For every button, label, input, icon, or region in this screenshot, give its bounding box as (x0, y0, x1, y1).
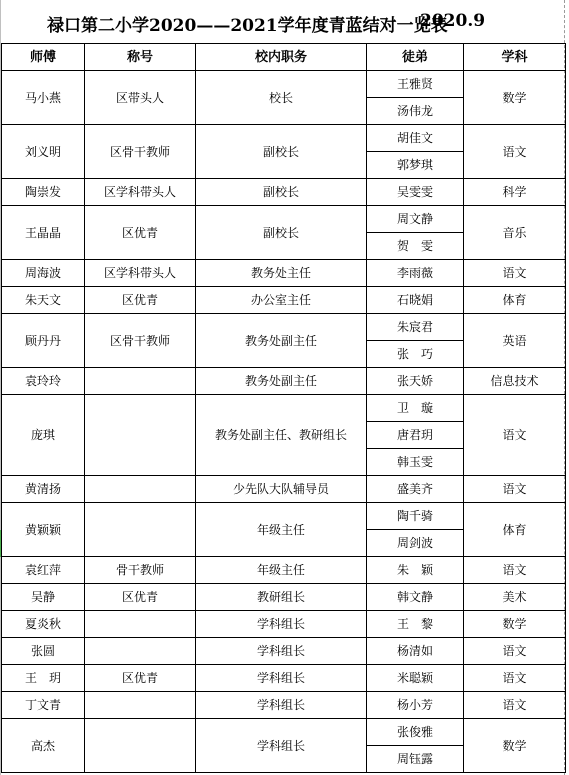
position-cell[interactable]: 教务处副主任 (196, 368, 367, 395)
mentor-cell[interactable]: 丁文青 (2, 692, 85, 719)
apprentice-cell[interactable]: 张 巧 (367, 341, 464, 368)
position-cell[interactable]: 教务处副主任、教研组长 (196, 395, 367, 476)
apprentice-cell[interactable]: 王 黎 (367, 611, 464, 638)
header-position[interactable]: 校内职务 (196, 44, 367, 71)
position-cell[interactable]: 办公室主任 (196, 287, 367, 314)
mentor-cell[interactable]: 吴静 (2, 584, 85, 611)
apprentice-cell[interactable]: 张天娇 (367, 368, 464, 395)
subject-cell[interactable]: 美术 (464, 584, 566, 611)
apprentice-cell[interactable]: 贺 雯 (367, 233, 464, 260)
subject-cell[interactable]: 数学 (464, 719, 566, 773)
position-cell[interactable]: 副校长 (196, 125, 367, 179)
title-cell[interactable]: 区优青 (85, 206, 196, 260)
apprentice-cell[interactable]: 盛美齐 (367, 476, 464, 503)
position-cell[interactable]: 教务处主任 (196, 260, 367, 287)
title-cell[interactable]: 区优青 (85, 665, 196, 692)
apprentice-cell[interactable]: 米聪颖 (367, 665, 464, 692)
title-cell[interactable] (85, 476, 196, 503)
title-cell[interactable] (85, 638, 196, 665)
header-apprentice[interactable]: 徒弟 (367, 44, 464, 71)
title-cell[interactable] (85, 719, 196, 773)
table-row: 马小燕区带头人校长王雅贤数学 (2, 71, 566, 98)
subject-cell[interactable]: 音乐 (464, 206, 566, 260)
apprentice-cell[interactable]: 胡佳文 (367, 125, 464, 152)
mentor-cell[interactable]: 庞琪 (2, 395, 85, 476)
mentor-cell[interactable]: 马小燕 (2, 71, 85, 125)
table-row: 夏炎秋学科组长王 黎数学 (2, 611, 566, 638)
apprentice-cell[interactable]: 王雅贤 (367, 71, 464, 98)
apprentice-cell[interactable]: 周文静 (367, 206, 464, 233)
mentor-cell[interactable]: 陶崇发 (2, 179, 85, 206)
subject-cell[interactable]: 信息技术 (464, 368, 566, 395)
subject-cell[interactable]: 语文 (464, 125, 566, 179)
subject-cell[interactable]: 体育 (464, 503, 566, 557)
title-cell[interactable]: 骨干教师 (85, 557, 196, 584)
table-row: 陶崇发区学科带头人副校长吴雯雯科学 (2, 179, 566, 206)
title-date: 2020.9 (420, 11, 485, 31)
title-text: 禄口第二小学2020——2021学年度青蓝结对一览表 (47, 11, 448, 36)
apprentice-cell[interactable]: 汤伟龙 (367, 98, 464, 125)
mentor-cell[interactable]: 黄颖颖 (2, 503, 85, 557)
position-cell[interactable]: 学科组长 (196, 692, 367, 719)
subject-cell[interactable]: 语文 (464, 692, 566, 719)
mentor-cell[interactable]: 王晶晶 (2, 206, 85, 260)
title-cell[interactable] (85, 503, 196, 557)
apprentice-cell[interactable]: 张俊雅 (367, 719, 464, 746)
title-cell[interactable] (85, 395, 196, 476)
sheet-title: 禄口第二小学2020——2021学年度青蓝结对一览表 2020.9 (0, 0, 565, 43)
title-cell[interactable]: 区骨干教师 (85, 314, 196, 368)
subject-cell[interactable]: 科学 (464, 179, 566, 206)
table-row: 王 玥区优青学科组长米聪颖语文 (2, 665, 566, 692)
mentor-cell[interactable]: 袁玲玲 (2, 368, 85, 395)
title-cell[interactable]: 区优青 (85, 584, 196, 611)
header-subject[interactable]: 学科 (464, 44, 566, 71)
apprentice-cell[interactable]: 朱宸君 (367, 314, 464, 341)
table-row: 庞琪教务处副主任、教研组长卫 璇语文 (2, 395, 566, 422)
position-cell[interactable]: 少先队大队辅导员 (196, 476, 367, 503)
apprentice-cell[interactable]: 李雨薇 (367, 260, 464, 287)
apprentice-cell[interactable]: 杨小芳 (367, 692, 464, 719)
apprentice-cell[interactable]: 杨清如 (367, 638, 464, 665)
header-row: 师傅 称号 校内职务 徒弟 学科 (2, 44, 566, 71)
table-row: 高杰学科组长张俊雅数学 (2, 719, 566, 746)
apprentice-cell[interactable]: 郭梦琪 (367, 152, 464, 179)
title-cell[interactable]: 区学科带头人 (85, 260, 196, 287)
subject-cell[interactable]: 语文 (464, 260, 566, 287)
subject-cell[interactable]: 数学 (464, 71, 566, 125)
position-cell[interactable]: 学科组长 (196, 611, 367, 638)
mentor-cell[interactable]: 袁红萍 (2, 557, 85, 584)
table-row: 吴静区优青教研组长韩文静美术 (2, 584, 566, 611)
table-row: 袁红萍骨干教师年级主任朱 颖语文 (2, 557, 566, 584)
header-mentor[interactable]: 师傅 (2, 44, 85, 71)
position-cell[interactable]: 学科组长 (196, 638, 367, 665)
mentor-cell[interactable]: 高杰 (2, 719, 85, 773)
mentor-cell[interactable]: 王 玥 (2, 665, 85, 692)
apprentice-cell[interactable]: 周钰露 (367, 746, 464, 773)
mentor-cell[interactable]: 张圆 (2, 638, 85, 665)
apprentice-cell[interactable]: 卫 璇 (367, 395, 464, 422)
table-row: 刘义明区骨干教师副校长胡佳文语文 (2, 125, 566, 152)
position-cell[interactable]: 副校长 (196, 206, 367, 260)
title-cell[interactable]: 区骨干教师 (85, 125, 196, 179)
mentor-cell[interactable]: 夏炎秋 (2, 611, 85, 638)
header-title[interactable]: 称号 (85, 44, 196, 71)
mentor-cell[interactable]: 顾丹丹 (2, 314, 85, 368)
table-row: 丁文青学科组长杨小芳语文 (2, 692, 566, 719)
table-row: 袁玲玲教务处副主任张天娇信息技术 (2, 368, 566, 395)
position-cell[interactable]: 年级主任 (196, 503, 367, 557)
subject-cell[interactable]: 语文 (464, 665, 566, 692)
title-cell[interactable]: 区学科带头人 (85, 179, 196, 206)
table-row: 顾丹丹区骨干教师教务处副主任朱宸君英语 (2, 314, 566, 341)
mentor-cell[interactable]: 朱天文 (2, 287, 85, 314)
table-row: 朱天文区优青办公室主任石晓娟体育 (2, 287, 566, 314)
position-cell[interactable]: 副校长 (196, 179, 367, 206)
table-row: 王晶晶区优青副校长周文静音乐 (2, 206, 566, 233)
title-cell[interactable] (85, 611, 196, 638)
subject-cell[interactable]: 语文 (464, 557, 566, 584)
subject-cell[interactable]: 语文 (464, 638, 566, 665)
title-cell[interactable] (85, 368, 196, 395)
subject-cell[interactable]: 数学 (464, 611, 566, 638)
position-cell[interactable]: 教研组长 (196, 584, 367, 611)
apprentice-cell[interactable]: 石晓娟 (367, 287, 464, 314)
position-cell[interactable]: 年级主任 (196, 557, 367, 584)
subject-cell[interactable]: 体育 (464, 287, 566, 314)
subject-cell[interactable]: 语文 (464, 476, 566, 503)
subject-cell[interactable]: 语文 (464, 395, 566, 476)
table-row: 周海波区学科带头人教务处主任李雨薇语文 (2, 260, 566, 287)
table-row: 黄清扬少先队大队辅导员盛美齐语文 (2, 476, 566, 503)
apprentice-cell[interactable]: 唐君玥 (367, 422, 464, 449)
position-cell[interactable]: 学科组长 (196, 665, 367, 692)
apprentice-cell[interactable]: 吴雯雯 (367, 179, 464, 206)
apprentice-cell[interactable]: 周剑波 (367, 530, 464, 557)
apprentice-cell[interactable]: 陶千骑 (367, 503, 464, 530)
position-cell[interactable]: 学科组长 (196, 719, 367, 773)
title-cell[interactable] (85, 692, 196, 719)
apprentice-cell[interactable]: 朱 颖 (367, 557, 464, 584)
apprentice-cell[interactable]: 韩文静 (367, 584, 464, 611)
table-row: 黄颖颖年级主任陶千骑体育 (2, 503, 566, 530)
title-cell[interactable]: 区优青 (85, 287, 196, 314)
subject-cell[interactable]: 英语 (464, 314, 566, 368)
mentor-cell[interactable]: 黄清扬 (2, 476, 85, 503)
mentor-cell[interactable]: 周海波 (2, 260, 85, 287)
title-cell[interactable]: 区带头人 (85, 71, 196, 125)
position-cell[interactable]: 教务处副主任 (196, 314, 367, 368)
apprentice-cell[interactable]: 韩玉雯 (367, 449, 464, 476)
mentor-cell[interactable]: 刘义明 (2, 125, 85, 179)
position-cell[interactable]: 校长 (196, 71, 367, 125)
table-row: 张圆学科组长杨清如语文 (2, 638, 566, 665)
mentorship-table: 师傅 称号 校内职务 徒弟 学科 马小燕区带头人校长王雅贤数学汤伟龙刘义明区骨干… (1, 43, 566, 773)
